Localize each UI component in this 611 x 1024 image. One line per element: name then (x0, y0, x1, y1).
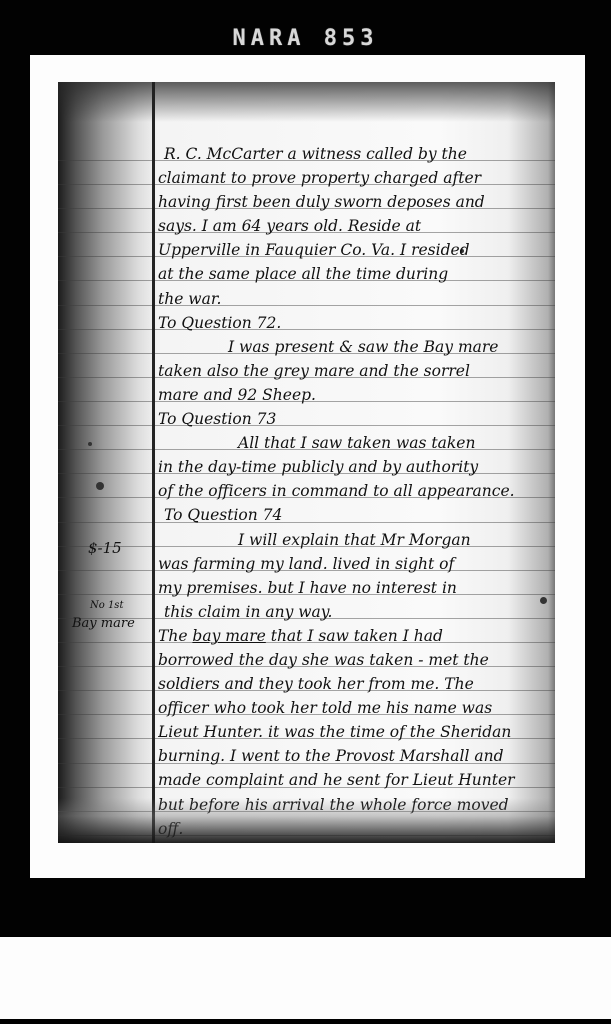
margin-note-item-number: No 1st (90, 600, 123, 611)
text-line: at the same place all the time during (158, 262, 550, 286)
text-line: Upperville in Fauquier Co. Va. I resided (158, 238, 550, 262)
text-line: The bay mare that I saw taken I had (158, 624, 550, 648)
text-line: To Question 72. (158, 311, 550, 335)
text-line: soldiers and they took her from me. The (158, 672, 550, 696)
text-line: I will explain that Mr Morgan (158, 528, 550, 552)
text-line: To Question 74 (158, 503, 550, 527)
text-line: this claim in any way. (158, 600, 550, 624)
text-line: off. (158, 817, 550, 841)
text-line: mare and 92 Sheep. (158, 383, 550, 407)
margin-note-amount: $-15 (88, 539, 122, 557)
text-line: in the day-time publicly and by authorit… (158, 455, 550, 479)
text-line: officer who took her told me his name wa… (158, 696, 550, 720)
ink-blot (88, 442, 92, 446)
text-line: borrowed the day she was taken - met the (158, 648, 550, 672)
rule-line (58, 835, 555, 836)
text-line: made complaint and he sent for Lieut Hun… (158, 768, 550, 792)
ink-blot (96, 482, 104, 490)
text-line: Lieut Hunter. it was the time of the She… (158, 720, 550, 744)
text-line: taken also the grey mare and the sorrel (158, 359, 550, 383)
text-line: burning. I went to the Provost Marshall … (158, 744, 550, 768)
text-line: To Question 73 (158, 407, 550, 431)
rule-line (58, 811, 555, 812)
text-line: R. C. McCarter a witness called by the (158, 142, 550, 166)
text-line: says. I am 64 years old. Reside at (158, 214, 550, 238)
margin-note-item: Bay mare (72, 616, 135, 631)
margin-rule (152, 82, 155, 843)
text-line: was farming my land. lived in sight of (158, 552, 550, 576)
text-line: of the officers in command to all appear… (158, 479, 550, 503)
text-line: claimant to prove property charged after (158, 166, 550, 190)
text-line: the war. (158, 287, 550, 311)
viewer-footer-strip (0, 937, 611, 1019)
text-line: I was present & saw the Bay mare (158, 335, 550, 359)
handwritten-testimony: R. C. McCarter a witness called by thecl… (158, 142, 550, 841)
scanned-page: $-15 No 1st Bay mare R. C. McCarter a wi… (58, 82, 555, 843)
underlined-phrase: bay mare (192, 627, 265, 645)
roll-label: NARA 853 (0, 26, 611, 51)
text-line: my premises. but I have no interest in (158, 576, 550, 600)
text-line: having first been duly sworn deposes and (158, 190, 550, 214)
bottom-edge (0, 1019, 611, 1024)
microfilm-viewer: NARA 853 $-15 No 1st Bay mare R. C. McCa… (0, 0, 611, 936)
text-line: All that I saw taken was taken (158, 431, 550, 455)
text-line: but before his arrival the whole force m… (158, 793, 550, 817)
